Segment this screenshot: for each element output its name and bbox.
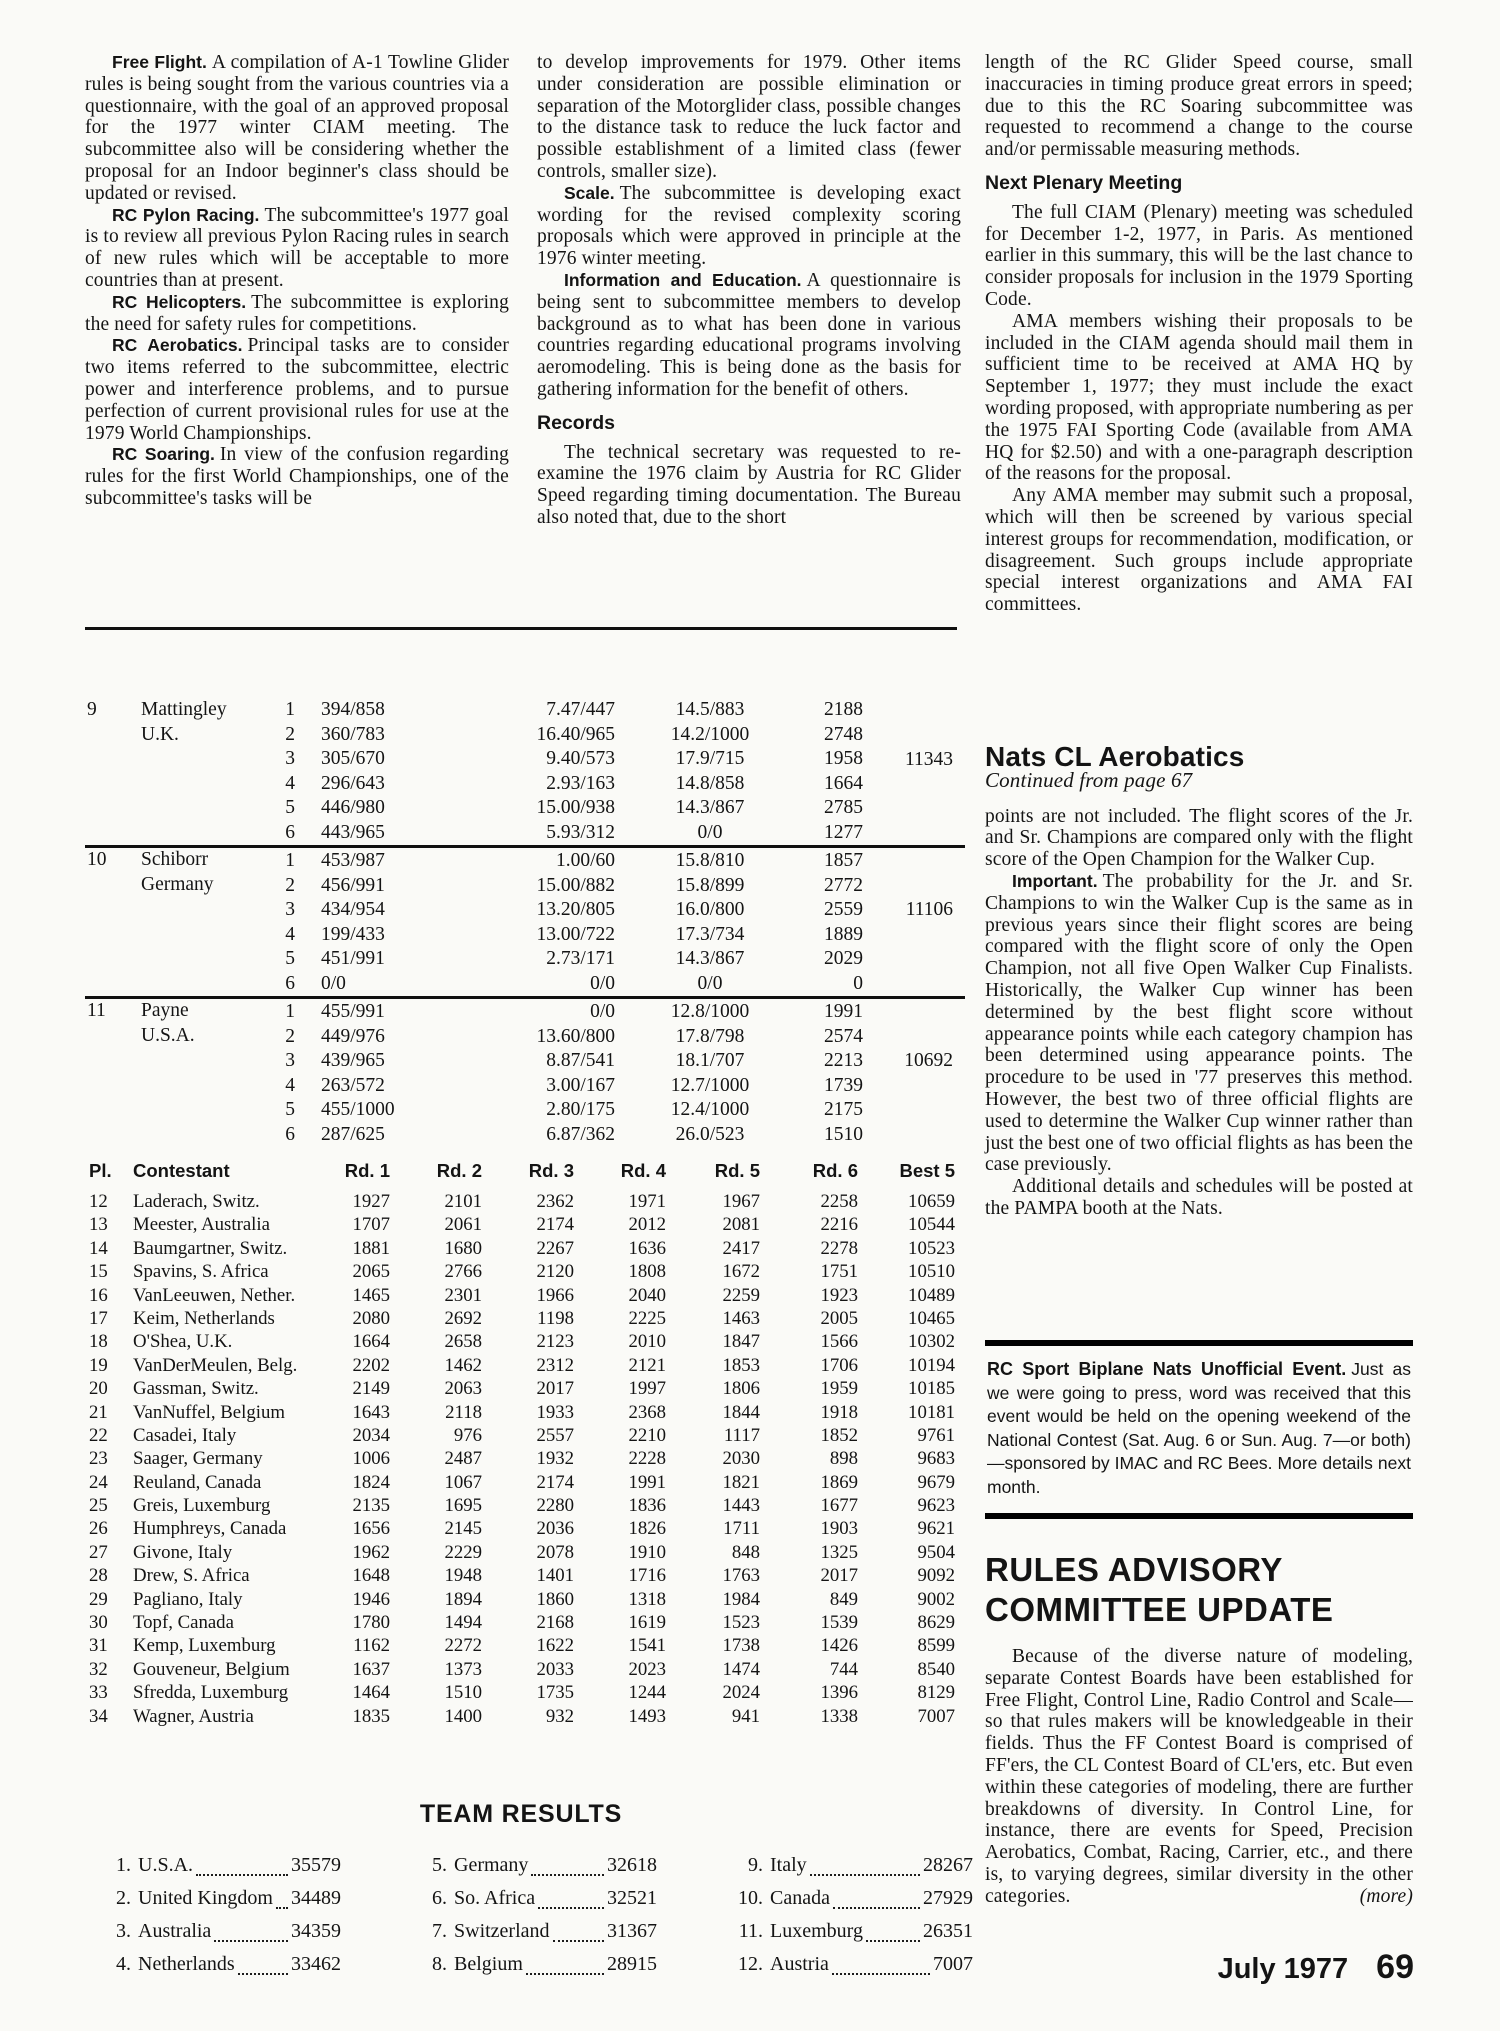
records-heading: Records xyxy=(537,413,961,435)
header-rd4: Rd. 4 xyxy=(574,1158,666,1190)
round-2-score: 2145 xyxy=(390,1517,482,1540)
round-1-score: 1643 xyxy=(291,1401,390,1424)
score-a: 434/954 xyxy=(295,898,439,923)
dot-leader xyxy=(531,1874,604,1876)
place-number: 32 xyxy=(85,1658,119,1681)
table-row: 1 453/987 1.00/60 15.8/810 1857 xyxy=(245,849,965,874)
place-number: 19 xyxy=(85,1354,119,1377)
result-group: 10 Schiborr Germany 11106 1 453/987 1.00… xyxy=(85,845,965,996)
place-number: 18 xyxy=(85,1330,119,1353)
round-total: 2188 xyxy=(805,698,863,723)
score-c: 0/0 xyxy=(615,821,805,846)
round-total: 2748 xyxy=(805,723,863,748)
contestant-name: Drew, S. Africa xyxy=(119,1564,291,1587)
score-a: 439/965 xyxy=(295,1049,439,1074)
table-row: 17 Keim, Netherlands 2080 2692 1198 2225… xyxy=(85,1307,965,1330)
round-5-score: 2417 xyxy=(666,1237,760,1260)
dot-leader xyxy=(214,1940,288,1942)
score-a: 455/1000 xyxy=(295,1098,439,1123)
round-4-score: 1808 xyxy=(574,1260,666,1283)
best-5-score: 8540 xyxy=(858,1658,955,1681)
issue-date: July 1977 xyxy=(1218,1953,1349,1986)
paragraph: Important.The probability for the Jr. an… xyxy=(985,871,1413,1176)
table-row: 20 Gassman, Switz. 2149 2063 2017 1997 1… xyxy=(85,1377,965,1400)
contestant-name: Spavins, S. Africa xyxy=(119,1260,291,1283)
round-4-score: 1318 xyxy=(574,1588,666,1611)
round-1-score: 1780 xyxy=(291,1611,390,1634)
dot-leader xyxy=(833,1907,920,1909)
round-5-score: 1844 xyxy=(666,1401,760,1424)
round-1-score: 2149 xyxy=(291,1377,390,1400)
team-name: Canada xyxy=(770,1882,830,1915)
dot-leader xyxy=(832,1973,930,1975)
team-name: Australia xyxy=(138,1915,211,1948)
round-6-score: 1325 xyxy=(760,1541,858,1564)
score-a: 449/976 xyxy=(295,1025,439,1050)
dot-leader xyxy=(538,1907,604,1909)
round-6-score: 2278 xyxy=(760,1237,858,1260)
team-name: Luxemburg xyxy=(770,1915,863,1948)
team-rank: 12. xyxy=(733,1948,763,1981)
place-number: 15 xyxy=(85,1260,119,1283)
paragraph: Because of the diverse nature of modelin… xyxy=(985,1646,1413,1908)
round-5-score: 941 xyxy=(666,1705,760,1728)
round-4-score: 2023 xyxy=(574,1658,666,1681)
table-row: 1 455/991 0/0 12.8/1000 1991 xyxy=(245,1000,965,1025)
table-row: 4 296/643 2.93/163 14.8/858 1664 xyxy=(245,772,965,797)
list-item: 10. Canada 27929 xyxy=(733,1882,973,1915)
place-number: 33 xyxy=(85,1681,119,1704)
place-number: 23 xyxy=(85,1447,119,1470)
round-number: 2 xyxy=(245,723,295,748)
round-total: 1664 xyxy=(805,772,863,797)
contestant-name: Meester, Australia xyxy=(119,1213,291,1236)
place-number: 27 xyxy=(85,1541,119,1564)
round-total: 2772 xyxy=(805,874,863,899)
round-3-score: 2280 xyxy=(482,1494,574,1517)
header-pl: Pl. xyxy=(85,1158,119,1190)
table-row: 23 Saager, Germany 1006 2487 1932 2228 2… xyxy=(85,1447,965,1470)
round-total: 0 xyxy=(805,972,863,997)
paragraph-lead: RC Pylon Racing. xyxy=(112,205,259,225)
team-rank: 9. xyxy=(733,1849,763,1882)
round-total: 1739 xyxy=(805,1074,863,1099)
team-score: 7007 xyxy=(933,1948,973,1981)
contestant-name: VanLeeuwen, Nether. xyxy=(119,1284,291,1307)
place-number: 30 xyxy=(85,1611,119,1634)
paragraph-text: The probability for the Jr. and Sr. Cham… xyxy=(985,871,1413,1175)
list-item: 7. Switzerland 31367 xyxy=(417,1915,657,1948)
round-3-score: 2123 xyxy=(482,1330,574,1353)
round-6-score: 1903 xyxy=(760,1517,858,1540)
contestant-name: Keim, Netherlands xyxy=(119,1307,291,1330)
round-2-score: 1462 xyxy=(390,1354,482,1377)
team-score: 28915 xyxy=(607,1948,657,1981)
score-c: 17.9/715 xyxy=(615,747,805,772)
round-1-score: 1464 xyxy=(291,1681,390,1704)
round-rows: 1 455/991 0/0 12.8/1000 1991 2 449/976 1… xyxy=(245,1000,965,1147)
score-a: 453/987 xyxy=(295,849,439,874)
team-score: 27929 xyxy=(923,1882,973,1915)
magazine-page: Free Flight.A compilation of A-1 Towline… xyxy=(0,0,1500,2031)
paragraph-lead: Information and Education. xyxy=(564,270,802,290)
best-5-score: 8129 xyxy=(858,1681,955,1704)
dot-leader xyxy=(526,1973,604,1975)
round-5-score: 1672 xyxy=(666,1260,760,1283)
header-best5: Best 5 xyxy=(858,1158,955,1190)
table-row: 4 199/433 13.00/722 17.3/734 1889 xyxy=(245,923,965,948)
heading-line-1: RULES ADVISORY xyxy=(985,1550,1413,1590)
nats-cl-aerobatics-section: Nats CL Aerobatics Continued from page 6… xyxy=(985,746,1413,1220)
table-row: 2 449/976 13.60/800 17.8/798 2574 xyxy=(245,1025,965,1050)
round-6-score: 1918 xyxy=(760,1401,858,1424)
paragraph: Scale.The subcommittee is developing exa… xyxy=(537,183,961,270)
score-a: 446/980 xyxy=(295,796,439,821)
round-2-score: 2063 xyxy=(390,1377,482,1400)
round-5-score: 1853 xyxy=(666,1354,760,1377)
score-a: 263/572 xyxy=(295,1074,439,1099)
round-2-score: 1400 xyxy=(390,1705,482,1728)
team-rank: 6. xyxy=(417,1882,447,1915)
more-note: (more) xyxy=(1325,1886,1413,1908)
round-number: 5 xyxy=(245,796,295,821)
round-2-score: 2487 xyxy=(390,1447,482,1470)
round-3-score: 1860 xyxy=(482,1588,574,1611)
result-group: 9 Mattingley U.K. 11343 1 394/858 7.47/4… xyxy=(85,698,965,845)
contestant-name: Gouveneur, Belgium xyxy=(119,1658,291,1681)
best-5-score: 10181 xyxy=(858,1401,955,1424)
score-b: 13.00/722 xyxy=(439,923,615,948)
table-row: 31 Kemp, Luxemburg 1162 2272 1622 1541 1… xyxy=(85,1634,965,1657)
round-3-score: 2557 xyxy=(482,1424,574,1447)
round-1-score: 1707 xyxy=(291,1213,390,1236)
score-b: 15.00/882 xyxy=(439,874,615,899)
score-a: 394/858 xyxy=(295,698,439,723)
best-5-score: 10185 xyxy=(858,1377,955,1400)
round-number: 3 xyxy=(245,898,295,923)
team-score: 34359 xyxy=(291,1915,341,1948)
place-number: 11 xyxy=(87,999,121,1024)
table-row: 13 Meester, Australia 1707 2061 2174 201… xyxy=(85,1213,965,1236)
round-2-score: 1494 xyxy=(390,1611,482,1634)
team-rank: 4. xyxy=(101,1948,131,1981)
round-3-score: 2312 xyxy=(482,1354,574,1377)
table-row: 26 Humphreys, Canada 1656 2145 2036 1826… xyxy=(85,1517,965,1540)
table-row: 3 439/965 8.87/541 18.1/707 2213 xyxy=(245,1049,965,1074)
round-1-score: 1656 xyxy=(291,1517,390,1540)
place-number: 28 xyxy=(85,1564,119,1587)
team-score: 34489 xyxy=(291,1882,341,1915)
round-2-score: 2766 xyxy=(390,1260,482,1283)
dot-leader xyxy=(553,1940,604,1942)
best-5-score: 10544 xyxy=(858,1213,955,1236)
round-5-score: 1711 xyxy=(666,1517,760,1540)
table-row: 33 Sfredda, Luxemburg 1464 1510 1735 124… xyxy=(85,1681,965,1704)
dot-leader xyxy=(238,1973,288,1975)
best-5-score: 9621 xyxy=(858,1517,955,1540)
place-number: 31 xyxy=(85,1634,119,1657)
contestant-name: Schiborr xyxy=(141,848,208,873)
round-number: 1 xyxy=(245,698,295,723)
round-2-score: 2301 xyxy=(390,1284,482,1307)
round-5-score: 1806 xyxy=(666,1377,760,1400)
round-2-score: 2118 xyxy=(390,1401,482,1424)
table-row: 6 287/625 6.87/362 26.0/523 1510 xyxy=(245,1123,965,1148)
score-b: 3.00/167 xyxy=(439,1074,615,1099)
round-5-score: 1474 xyxy=(666,1658,760,1681)
team-rank: 10. xyxy=(733,1882,763,1915)
round-1-score: 1927 xyxy=(291,1190,390,1213)
round-4-score: 1619 xyxy=(574,1611,666,1634)
header-rd2: Rd. 2 xyxy=(390,1158,482,1190)
round-6-score: 1959 xyxy=(760,1377,858,1400)
score-b: 2.80/175 xyxy=(439,1098,615,1123)
score-b: 13.20/805 xyxy=(439,898,615,923)
column-1: Free Flight.A compilation of A-1 Towline… xyxy=(85,52,509,510)
round-6-score: 1338 xyxy=(760,1705,858,1728)
round-6-score: 1396 xyxy=(760,1681,858,1704)
team-results-section: TEAM RESULTS 1. U.S.A. 35579 2. United K… xyxy=(85,1800,957,1981)
dot-leader xyxy=(196,1874,288,1876)
score-c: 14.3/867 xyxy=(615,796,805,821)
column-3: length of the RC Glider Speed course, sm… xyxy=(985,52,1413,616)
round-6-score: 1923 xyxy=(760,1284,858,1307)
round-1-score: 1465 xyxy=(291,1284,390,1307)
table-row: 19 VanDerMeulen, Belg. 2202 1462 2312 21… xyxy=(85,1354,965,1377)
round-1-score: 2034 xyxy=(291,1424,390,1447)
paragraph-lead: Important. xyxy=(1012,871,1098,891)
round-5-score: 1847 xyxy=(666,1330,760,1353)
header-rd5: Rd. 5 xyxy=(666,1158,760,1190)
round-6-score: 2216 xyxy=(760,1213,858,1236)
score-a: 360/783 xyxy=(295,723,439,748)
team-name: U.S.A. xyxy=(138,1849,193,1882)
round-1-score: 1637 xyxy=(291,1658,390,1681)
table-row: 29 Pagliano, Italy 1946 1894 1860 1318 1… xyxy=(85,1588,965,1611)
round-number: 4 xyxy=(245,1074,295,1099)
score-b: 0/0 xyxy=(439,1000,615,1025)
continued-note: Continued from page 67 xyxy=(985,770,1413,792)
paragraph-lead: Free Flight. xyxy=(112,52,207,72)
detail-results-table: 9 Mattingley U.K. 11343 1 394/858 7.47/4… xyxy=(85,698,965,1147)
contestant-name: Givone, Italy xyxy=(119,1541,291,1564)
score-b: 2.73/171 xyxy=(439,947,615,972)
section-heading: Nats CL Aerobatics xyxy=(985,746,1413,768)
round-2-score: 2272 xyxy=(390,1634,482,1657)
round-5-score: 1523 xyxy=(666,1611,760,1634)
score-b: 1.00/60 xyxy=(439,849,615,874)
score-b: 2.93/163 xyxy=(439,772,615,797)
header-rd6: Rd. 6 xyxy=(760,1158,858,1190)
score-c: 12.7/1000 xyxy=(615,1074,805,1099)
contestant-name: Mattingley xyxy=(141,698,227,723)
round-total: 1991 xyxy=(805,1000,863,1025)
list-item: 6. So. Africa 32521 xyxy=(417,1882,657,1915)
score-a: 296/643 xyxy=(295,772,439,797)
paragraph: points are not included. The flight scor… xyxy=(985,806,1413,871)
paragraph: Additional details and schedules will be… xyxy=(985,1176,1413,1220)
round-6-score: 744 xyxy=(760,1658,858,1681)
list-item: 12. Austria 7007 xyxy=(733,1948,973,1981)
team-name: Belgium xyxy=(454,1948,523,1981)
round-3-score: 2174 xyxy=(482,1213,574,1236)
round-1-score: 1962 xyxy=(291,1541,390,1564)
round-2-score: 1695 xyxy=(390,1494,482,1517)
round-5-score: 1967 xyxy=(666,1190,760,1213)
round-number: 5 xyxy=(245,947,295,972)
round-number: 2 xyxy=(245,1025,295,1050)
round-6-score: 1539 xyxy=(760,1611,858,1634)
place-number: 34 xyxy=(85,1705,119,1728)
score-c: 12.8/1000 xyxy=(615,1000,805,1025)
round-total: 2785 xyxy=(805,796,863,821)
round-2-score: 1510 xyxy=(390,1681,482,1704)
score-b: 13.60/800 xyxy=(439,1025,615,1050)
table-row: 3 305/670 9.40/573 17.9/715 1958 xyxy=(245,747,965,772)
team-name: Netherlands xyxy=(138,1948,235,1981)
round-total: 1510 xyxy=(805,1123,863,1148)
best-5-score: 9679 xyxy=(858,1471,955,1494)
round-3-score: 2120 xyxy=(482,1260,574,1283)
paragraph-lead: Scale. xyxy=(564,183,615,203)
table-row: 24 Reuland, Canada 1824 1067 2174 1991 1… xyxy=(85,1471,965,1494)
round-5-score: 1117 xyxy=(666,1424,760,1447)
best-5-score: 10465 xyxy=(858,1307,955,1330)
score-c: 17.8/798 xyxy=(615,1025,805,1050)
round-number: 4 xyxy=(245,923,295,948)
round-total: 1277 xyxy=(805,821,863,846)
best-5-score: 10489 xyxy=(858,1284,955,1307)
round-6-score: 2258 xyxy=(760,1190,858,1213)
team-score: 32618 xyxy=(607,1849,657,1882)
group-total: 11106 xyxy=(906,898,953,923)
place-number: 12 xyxy=(85,1190,119,1213)
round-5-score: 1463 xyxy=(666,1307,760,1330)
score-c: 14.5/883 xyxy=(615,698,805,723)
paragraph-lead: RC Aerobatics. xyxy=(112,335,243,355)
round-1-score: 1824 xyxy=(291,1471,390,1494)
round-3-score: 2033 xyxy=(482,1658,574,1681)
score-b: 8.87/541 xyxy=(439,1049,615,1074)
round-number: 3 xyxy=(245,747,295,772)
contestant-name: Casadei, Italy xyxy=(119,1424,291,1447)
place-number: 20 xyxy=(85,1377,119,1400)
score-a: 287/625 xyxy=(295,1123,439,1148)
paragraph-lead: RC Helicopters. xyxy=(112,292,246,312)
round-3-score: 1622 xyxy=(482,1634,574,1657)
round-4-score: 2210 xyxy=(574,1424,666,1447)
best-5-score: 10523 xyxy=(858,1237,955,1260)
round-1-score: 2202 xyxy=(291,1354,390,1377)
round-number: 5 xyxy=(245,1098,295,1123)
round-6-score: 2005 xyxy=(760,1307,858,1330)
round-3-score: 1966 xyxy=(482,1284,574,1307)
team-score: 26351 xyxy=(923,1915,973,1948)
round-1-score: 1664 xyxy=(291,1330,390,1353)
list-item: 5. Germany 32618 xyxy=(417,1849,657,1882)
round-total: 2574 xyxy=(805,1025,863,1050)
round-6-score: 2017 xyxy=(760,1564,858,1587)
score-a: 305/670 xyxy=(295,747,439,772)
round-6-score: 1751 xyxy=(760,1260,858,1283)
round-1-score: 2065 xyxy=(291,1260,390,1283)
heading-line-2: COMMITTEE UPDATE xyxy=(985,1590,1413,1630)
round-5-score: 1821 xyxy=(666,1471,760,1494)
team-score: 32521 xyxy=(607,1882,657,1915)
contestant-name: Saager, Germany xyxy=(119,1447,291,1470)
round-2-score: 1373 xyxy=(390,1658,482,1681)
score-b: 0/0 xyxy=(439,972,615,997)
score-b: 5.93/312 xyxy=(439,821,615,846)
table-row: 16 VanLeeuwen, Nether. 1465 2301 1966 20… xyxy=(85,1284,965,1307)
round-number: 1 xyxy=(245,1000,295,1025)
round-total: 2559 xyxy=(805,898,863,923)
contestant-name: Kemp, Luxemburg xyxy=(119,1634,291,1657)
announcement-lead: RC Sport Biplane Nats Unofficial Event. xyxy=(987,1359,1346,1379)
team-name: So. Africa xyxy=(454,1882,535,1915)
round-number: 6 xyxy=(245,821,295,846)
best-5-score: 7007 xyxy=(858,1705,955,1728)
contestant-name: VanNuffel, Belgium xyxy=(119,1401,291,1424)
paragraph: RC Aerobatics.Principal tasks are to con… xyxy=(85,335,509,444)
round-3-score: 1198 xyxy=(482,1307,574,1330)
team-name: Italy xyxy=(770,1849,807,1882)
round-1-score: 1648 xyxy=(291,1564,390,1587)
round-5-score: 1984 xyxy=(666,1588,760,1611)
round-6-score: 1852 xyxy=(760,1424,858,1447)
place-number: 17 xyxy=(85,1307,119,1330)
round-3-score: 1735 xyxy=(482,1681,574,1704)
contestant-name: O'Shea, U.K. xyxy=(119,1330,291,1353)
round-4-score: 2225 xyxy=(574,1307,666,1330)
contestant-name: Wagner, Austria xyxy=(119,1705,291,1728)
contestant-country: Germany xyxy=(141,873,214,898)
round-2-score: 1067 xyxy=(390,1471,482,1494)
round-4-score: 1997 xyxy=(574,1377,666,1400)
dot-leader xyxy=(866,1940,920,1942)
best-5-score: 8599 xyxy=(858,1634,955,1657)
score-a: 451/991 xyxy=(295,947,439,972)
round-3-score: 1401 xyxy=(482,1564,574,1587)
best-5-score: 9623 xyxy=(858,1494,955,1517)
place-number: 9 xyxy=(87,698,121,723)
team-results-title: TEAM RESULTS xyxy=(85,1800,957,1829)
round-2-score: 2101 xyxy=(390,1190,482,1213)
list-item: 2. United Kingdom 34489 xyxy=(101,1882,341,1915)
team-score: 31367 xyxy=(607,1915,657,1948)
list-item: 9. Italy 28267 xyxy=(733,1849,973,1882)
place-number: 25 xyxy=(85,1494,119,1517)
score-a: 455/991 xyxy=(295,1000,439,1025)
paragraph: RC Soaring.In view of the confusion rega… xyxy=(85,444,509,509)
list-item: 11. Luxemburg 26351 xyxy=(733,1915,973,1948)
team-rank: 3. xyxy=(101,1915,131,1948)
round-4-score: 2012 xyxy=(574,1213,666,1236)
round-4-score: 1826 xyxy=(574,1517,666,1540)
round-5-score: 1738 xyxy=(666,1634,760,1657)
round-3-score: 2078 xyxy=(482,1541,574,1564)
round-3-score: 1933 xyxy=(482,1401,574,1424)
round-3-score: 2267 xyxy=(482,1237,574,1260)
round-2-score: 1948 xyxy=(390,1564,482,1587)
paragraph: Any AMA member may submit such a proposa… xyxy=(985,485,1413,616)
contestant-name: Baumgartner, Switz. xyxy=(119,1237,291,1260)
round-4-score: 1636 xyxy=(574,1237,666,1260)
table-row: 5 455/1000 2.80/175 12.4/1000 2175 xyxy=(245,1098,965,1123)
contestant-name: Reuland, Canada xyxy=(119,1471,291,1494)
table-row: 6 0/0 0/0 0/0 0 xyxy=(245,972,965,997)
best-5-score: 10302 xyxy=(858,1330,955,1353)
